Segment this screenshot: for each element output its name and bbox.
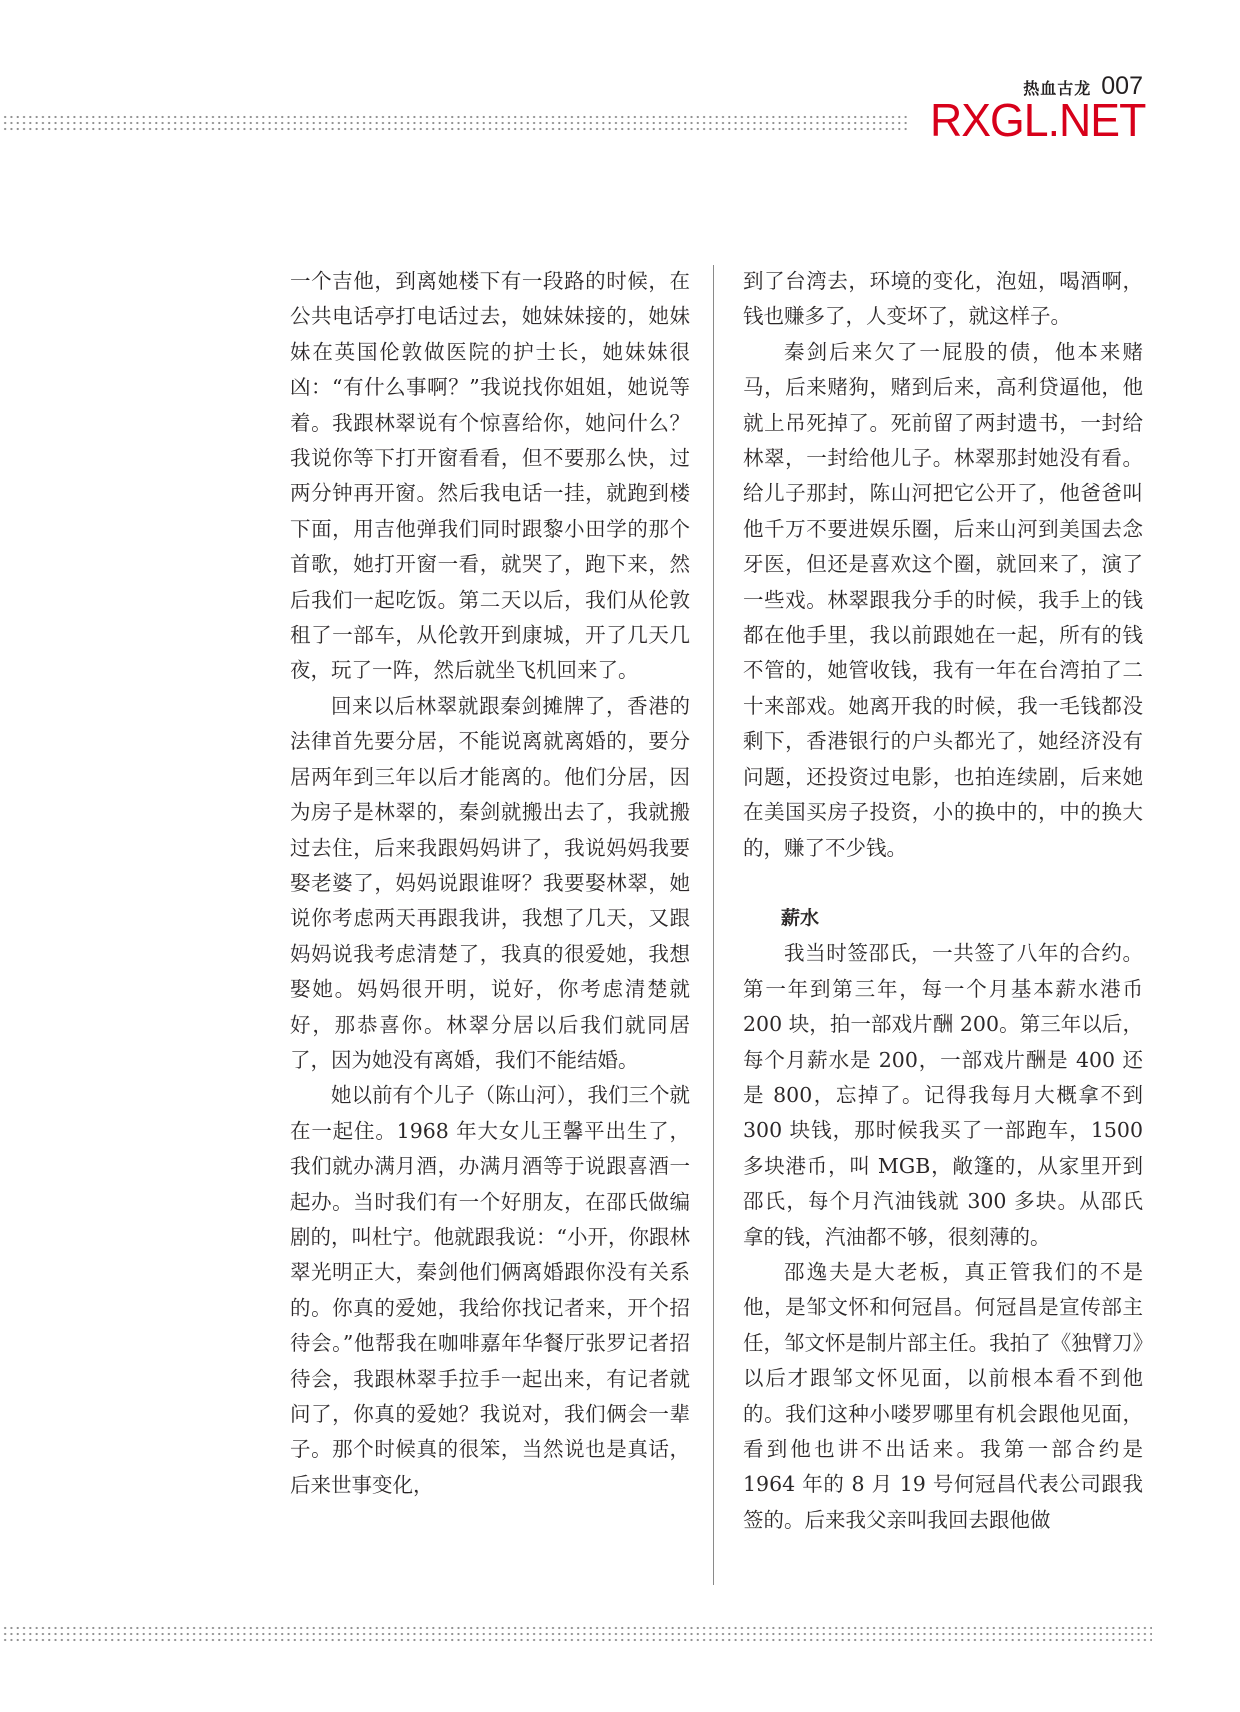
column-divider [713, 265, 714, 1585]
paragraph: 秦剑后来欠了一屁股的债，他本来赌马，后来赌狗，赌到后来，高利贷逼他，他就上吊死掉… [743, 335, 1143, 866]
footer-dotted-rule [2, 1625, 1152, 1642]
paragraph: 回来以后林翠就跟秦剑摊牌了，香港的法律首先要分居，不能说离就离婚的，要分居两年到… [290, 689, 690, 1078]
site-logo: RXGL.NET [930, 97, 1145, 143]
paragraph: 我当时签邵氏，一共签了八年的合约。第一年到第三年，每一个月基本薪水港币 200 … [743, 936, 1143, 1255]
paragraph: 到了台湾去，环境的变化，泡妞，喝酒啊，钱也赚多了，人变坏了，就这样子。 [743, 264, 1143, 335]
paragraph: 邵逸夫是大老板，真正管我们的不是他，是邹文怀和何冠昌。何冠昌是宣传部主任，邹文怀… [743, 1255, 1143, 1538]
header-dotted-rule [2, 114, 908, 131]
section-heading: 薪水 [743, 901, 1143, 936]
section-spacer [743, 866, 1143, 901]
left-column: 一个吉他，到离她楼下有一段路的时候，在公共电话亭打电话过去，她妹妹接的，她妹妹在… [290, 264, 690, 1503]
paragraph: 她以前有个儿子（陈山河），我们三个就在一起住。1968 年大女儿王馨平出生了，我… [290, 1078, 690, 1503]
right-column: 到了台湾去，环境的变化，泡妞，喝酒啊，钱也赚多了，人变坏了，就这样子。 秦剑后来… [743, 264, 1143, 1538]
paragraph: 一个吉他，到离她楼下有一段路的时候，在公共电话亭打电话过去，她妹妹接的，她妹妹在… [290, 264, 690, 689]
